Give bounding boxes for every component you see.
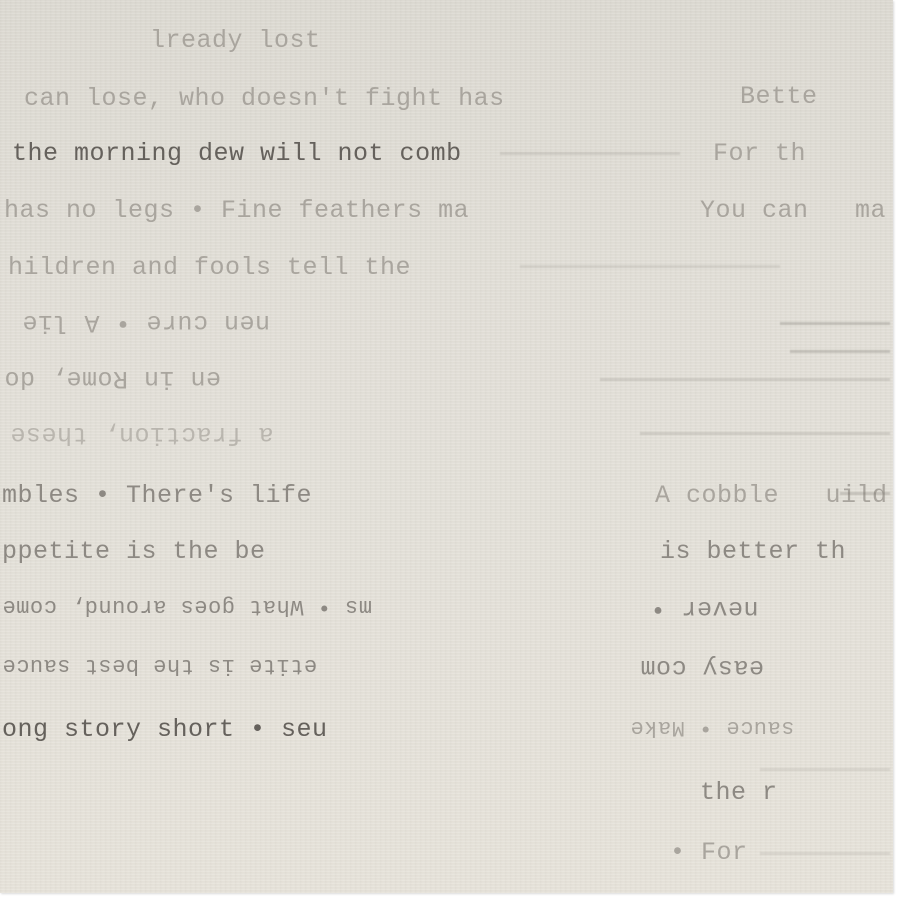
ink-smudge — [520, 265, 780, 268]
ink-smudge — [760, 852, 890, 855]
text-fragment-upside-down: nen cure • A lie — [22, 308, 270, 337]
ink-smudge — [780, 322, 890, 325]
text-fragment: You can ma — [700, 196, 886, 225]
text-fragment: the morning dew will not comb — [12, 139, 462, 168]
text-fragment: ong story short • seu — [2, 715, 328, 744]
text-fragment: ppetite is the be — [2, 537, 266, 566]
text-fragment-upside-down: sauce • Make — [630, 715, 794, 740]
text-fragment: lready lost — [150, 26, 321, 55]
text-fragment-upside-down: etite is the best sauce — [2, 653, 317, 678]
text-fragment-upside-down: ms • What goes around, come — [2, 594, 372, 619]
text-fragment: hildren and fools tell the — [8, 253, 411, 282]
typewriter-text-paper: lready lost can lose, who doesn't fight … — [0, 0, 893, 893]
ink-smudge — [760, 768, 890, 771]
text-fragment-upside-down: en in Rome, do — [4, 364, 221, 393]
text-fragment: Bette — [740, 82, 818, 111]
text-fragment: can lose, who doesn't fight has — [24, 84, 505, 113]
ink-smudge — [790, 350, 890, 353]
text-fragment: is better th — [660, 537, 846, 566]
ink-smudge — [640, 432, 890, 435]
text-fragment: For th — [713, 139, 806, 168]
ink-smudge — [840, 492, 890, 495]
text-fragment: mbles • There's life — [2, 481, 312, 510]
text-fragment-upside-down: easy com — [640, 653, 764, 682]
text-fragment: • For — [670, 838, 748, 867]
text-fragment-upside-down: never • — [650, 594, 759, 623]
text-fragment: has no legs • Fine feathers ma — [4, 196, 469, 225]
ink-smudge — [600, 378, 890, 381]
text-fragment: the r — [700, 778, 778, 807]
text-fragment: A cobble uild — [655, 481, 888, 510]
text-fragment-upside-down: a fraction, these — [10, 420, 274, 449]
ink-smudge — [500, 152, 680, 155]
